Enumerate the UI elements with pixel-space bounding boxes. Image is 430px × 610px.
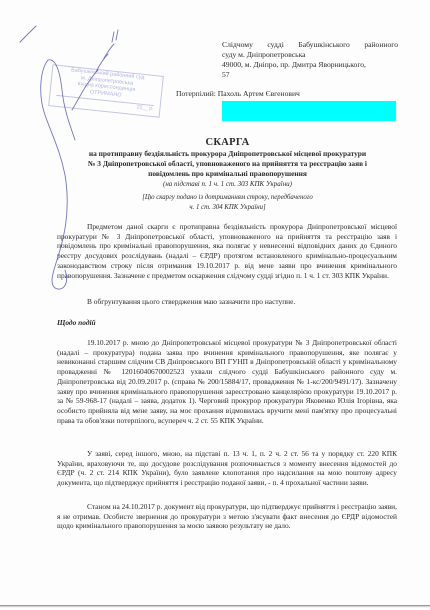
addressee-line: Слідчому судді Бабушкінського районного [222, 40, 398, 50]
paragraph-justification: В обгрунтування цього ствердження маю за… [57, 297, 397, 307]
subtitle-line: № 3 Дніпропетровської області, уповноваж… [55, 159, 400, 169]
paragraph-request: У заяві, серед іншого, мною, на підставі… [57, 449, 397, 488]
victim-line: Потерпілий: Пахоль Артем Євгенович [176, 89, 300, 99]
pen-slash-mark [20, 26, 36, 42]
victim-label: Потерпілий: [176, 89, 216, 98]
note-line: [Цю скаргу подано із дотриманням строку,… [55, 193, 400, 203]
title-block: СКАРГА на протиправну бездіяльність прок… [55, 137, 400, 212]
paragraph-text: В обгрунтування цього ствердження маю за… [57, 297, 397, 307]
court-received-stamp: Бабушкінський районний суд м. Дніпропетр… [48, 64, 164, 117]
deadline-note: [Цю скаргу подано із дотриманням строку,… [55, 193, 400, 212]
paragraph-status: Станом на 24.10.2017 р. документ від про… [57, 502, 397, 531]
paragraph-text: 19.10.2017 р. мною до Дніпропетровської … [57, 338, 397, 425]
paragraph-subject: Предметом даної скарги є протиправна без… [57, 222, 397, 280]
paragraph-text: Станом на 24.10.2017 р. документ від про… [57, 502, 397, 531]
addressee-block: Слідчому судді Бабушкінського районного … [222, 40, 398, 80]
redaction-box [222, 101, 396, 121]
addressee-line: 49000, м. Дніпро, пр. Дмитра Яворницьког… [222, 60, 398, 70]
victim-name: Пахоль Артем Євгенович [218, 89, 300, 98]
subtitle-line: повідомлень про кримінальні правопорушен… [55, 169, 400, 179]
paragraph-events: 19.10.2017 р. мною до Дніпропетровської … [57, 338, 397, 425]
paragraph-text: Предметом даної скарги є протиправна без… [57, 222, 397, 280]
subtitle-line: на протиправну бездіяльність прокурора Д… [55, 149, 400, 159]
document-page: Слідчому судді Бабушкінського районного … [0, 0, 430, 606]
paragraph-text: У заяві, серед іншого, мною, на підставі… [57, 449, 397, 488]
note-line: ч. 1 ст. 304 КПК України] [55, 203, 400, 213]
addressee-line: 57 [222, 70, 398, 80]
addressee-line: суду м. Дніпропетровська [222, 50, 398, 60]
section-heading: Щодо подій [57, 318, 96, 327]
legal-basis: (на підставі п. 1 ч. 1 ст. 303 КПК Украї… [55, 179, 400, 189]
document-title: СКАРГА [55, 137, 400, 149]
